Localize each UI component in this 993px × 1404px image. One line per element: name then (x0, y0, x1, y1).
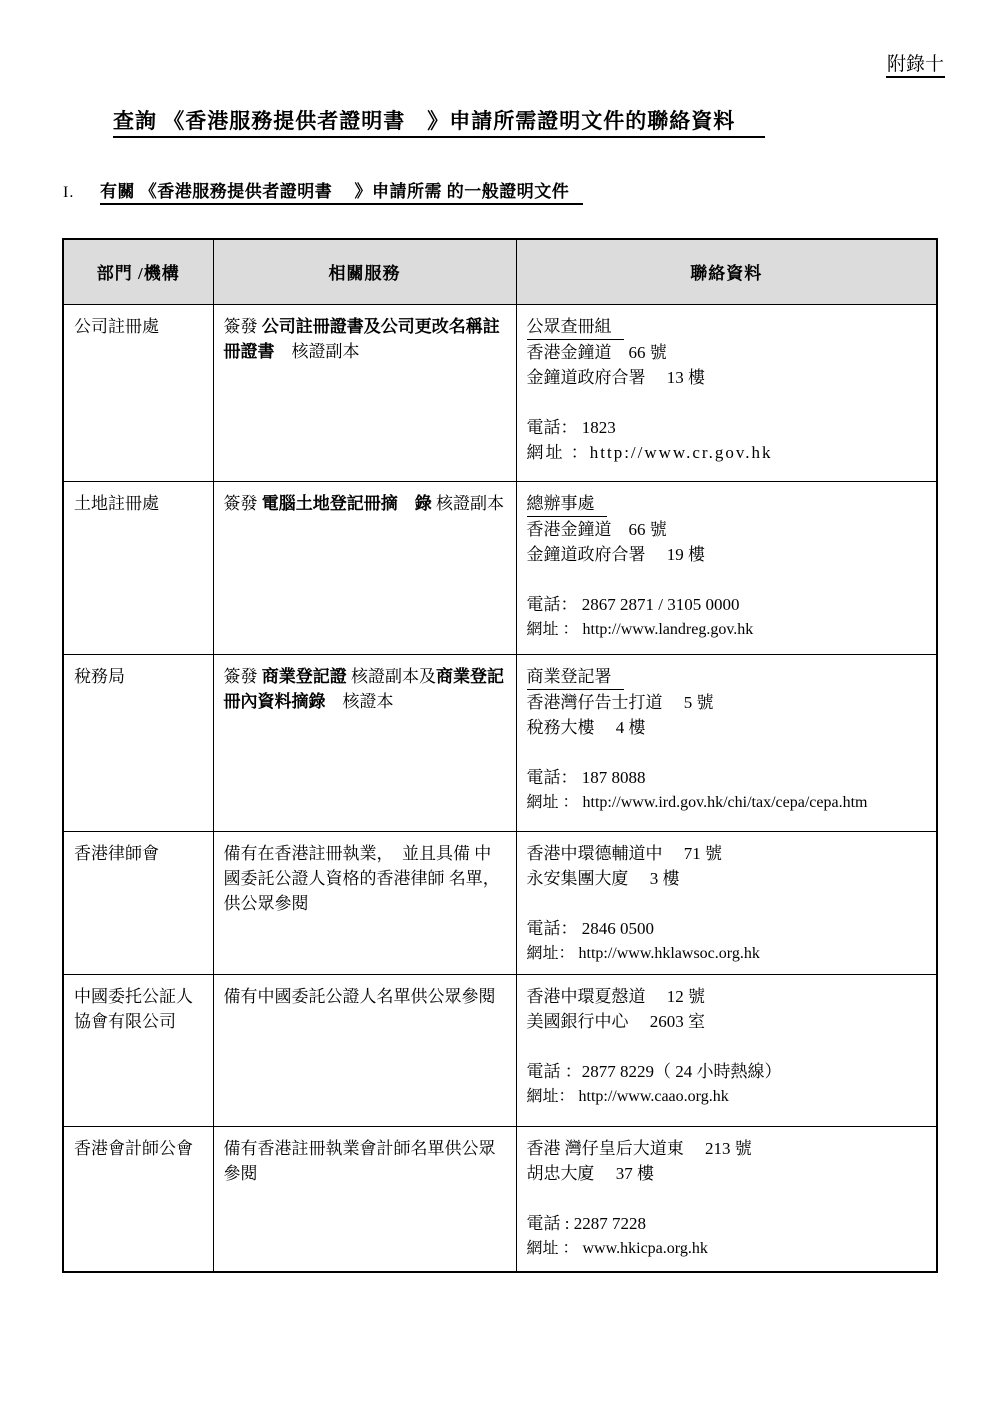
office-name: 公眾查冊組 (527, 314, 624, 340)
address-line-1: 香港中環夏慤道 12 號 (527, 984, 929, 1009)
department-cell: 香港會計師公會 (63, 1126, 213, 1272)
service-cell: 簽發 公司註冊證書及公司更改名稱註冊證書 核證副本 (213, 304, 516, 481)
phone-line: 電話： 2846 0500 (527, 916, 929, 941)
service-segment: 備有香港註冊執業會計師名單供公眾參閱 (224, 1139, 496, 1183)
service-cell: 簽發 商業登記證 核證副本及商業登記冊內資料摘錄 核證本 (213, 654, 516, 831)
address-line-1: 香港灣仔告士打道 5 號 (527, 690, 929, 715)
office-name: 商業登記署 (527, 664, 624, 690)
page-title-row: 查詢 《香港服務提供者證明書 》申請所需證明文件的聯絡資料 (113, 105, 993, 135)
website-line: 網址： http://www.hklawsoc.org.hk (527, 941, 929, 966)
table-row: 香港會計師公會 備有香港註冊執業會計師名單供公眾參閱 香港 灣仔皇后大道東 21… (63, 1126, 937, 1272)
address-line-1: 香港金鐘道 66 號 (527, 340, 929, 365)
website-line: 網址 ： http://www.ird.gov.hk/chi/tax/cepa/… (527, 790, 929, 815)
department-cell: 中國委托公証人協會有限公司 (63, 974, 213, 1126)
address-line-2: 稅務大樓 4 樓 (527, 715, 929, 740)
address-line-2: 永安集團大廈 3 樓 (527, 866, 929, 891)
website-line: 網址 ： www.hkicpa.org.hk (527, 1236, 929, 1261)
website-line: 網址 ： http://www.landreg.gov.hk (527, 617, 929, 642)
table-row: 公司註冊處 簽發 公司註冊證書及公司更改名稱註冊證書 核證副本 公眾查冊組 香港… (63, 304, 937, 481)
contact-cell: 香港 灣仔皇后大道東 213 號 胡忠大廈 37 樓 電話 : 2287 722… (516, 1126, 937, 1272)
service-segment-bold: 商業登記證 (262, 667, 347, 686)
header-cell-service: 相關服務 (213, 239, 516, 304)
section-number: I. (63, 184, 100, 202)
service-cell: 備有中國委託公證人名單供公眾參閱 (213, 974, 516, 1126)
appendix-label: 附錄十 (886, 54, 945, 78)
header-cell-contact: 聯絡資料 (516, 239, 937, 304)
page-title: 查詢 《香港服務提供者證明書 》申請所需證明文件的聯絡資料 (113, 109, 765, 138)
contact-cell: 香港中環夏慤道 12 號 美國銀行中心 2603 室 電話 ：2877 8229… (516, 974, 937, 1126)
address-line-1: 香港 灣仔皇后大道東 213 號 (527, 1136, 929, 1161)
service-cell: 簽發 電腦土地登記冊摘 錄 核證副本 (213, 481, 516, 654)
service-cell: 備有香港註冊執業會計師名單供公眾參閱 (213, 1126, 516, 1272)
contact-table: 部門 /機構 相關服務 聯絡資料 公司註冊處 簽發 公司註冊證書及公司更改名稱註… (62, 238, 938, 1273)
phone-line: 電話： 187 8088 (527, 765, 929, 790)
department-cell: 稅務局 (63, 654, 213, 831)
spacer (527, 740, 929, 765)
service-segment: 簽發 (224, 667, 262, 686)
phone-line: 電話： 1823 (527, 415, 929, 440)
spacer (527, 390, 929, 415)
website-line: 網址： http://www.caao.org.hk (527, 1084, 929, 1109)
service-segment: 簽發 (224, 494, 262, 513)
service-segment-bold: 電腦土地登記冊摘 錄 (262, 494, 432, 513)
table-header-row: 部門 /機構 相關服務 聯絡資料 (63, 239, 937, 304)
spacer (527, 567, 929, 592)
contact-cell: 總辦事處 香港金鐘道 66 號 金鐘道政府合署 19 樓 電話： 2867 28… (516, 481, 937, 654)
section-title: 有關 《香港服務提供者證明書 》申請所需 的一般證明文件 (100, 182, 583, 205)
contact-cell: 公眾查冊組 香港金鐘道 66 號 金鐘道政府合署 13 樓 電話： 1823 網… (516, 304, 937, 481)
department-cell: 香港律師會 (63, 831, 213, 974)
address-line-2: 金鐘道政府合署 19 樓 (527, 542, 929, 567)
service-segment: 簽發 (224, 317, 262, 336)
service-segment: 核證副本 (275, 342, 360, 361)
service-segment: 核證副本 (432, 494, 504, 513)
website-line: 網址 ：http://www.cr.gov.hk (527, 440, 929, 465)
department-cell: 公司註冊處 (63, 304, 213, 481)
table-row: 土地註冊處 簽發 電腦土地登記冊摘 錄 核證副本 總辦事處 香港金鐘道 66 號… (63, 481, 937, 654)
phone-line: 電話： 2867 2871 / 3105 0000 (527, 592, 929, 617)
phone-line: 電話 ：2877 8229（ 24 小時熱線） (527, 1059, 929, 1084)
address-line-1: 香港金鐘道 66 號 (527, 517, 929, 542)
table-row: 香港律師會 備有在香港註冊執業， 並且具備 中國委託公證人資格的香港律師 名單，… (63, 831, 937, 974)
table-row: 中國委托公証人協會有限公司 備有中國委託公證人名單供公眾參閱 香港中環夏慤道 1… (63, 974, 937, 1126)
section-heading: I.有關 《香港服務提供者證明書 》申請所需 的一般證明文件 (63, 177, 993, 202)
address-line-2: 胡忠大廈 37 樓 (527, 1161, 929, 1186)
header-cell-department: 部門 /機構 (63, 239, 213, 304)
document-page: 附錄十 查詢 《香港服務提供者證明書 》申請所需證明文件的聯絡資料 I.有關 《… (0, 0, 993, 1404)
service-segment: 備有中國委託公證人名單供公眾參閱 (224, 987, 496, 1006)
service-segment-bold: 公司註冊證書及公司更改名稱註冊證書 (224, 317, 500, 361)
spacer (527, 1034, 929, 1059)
spacer (527, 891, 929, 916)
phone-line: 電話 : 2287 7228 (527, 1211, 929, 1236)
office-name: 總辦事處 (527, 491, 607, 517)
address-line-1: 香港中環德輔道中 71 號 (527, 841, 929, 866)
service-segment: 核證本 (326, 692, 394, 711)
address-line-2: 金鐘道政府合署 13 樓 (527, 365, 929, 390)
appendix-label-row: 附錄十 (0, 0, 993, 78)
spacer (527, 1186, 929, 1211)
service-segment: 核證副本及 (347, 667, 436, 686)
contact-cell: 香港中環德輔道中 71 號 永安集團大廈 3 樓 電話： 2846 0500 網… (516, 831, 937, 974)
table-row: 稅務局 簽發 商業登記證 核證副本及商業登記冊內資料摘錄 核證本 商業登記署 香… (63, 654, 937, 831)
service-cell: 備有在香港註冊執業， 並且具備 中國委託公證人資格的香港律師 名單， 供公眾參閱 (213, 831, 516, 974)
service-segment: 備有在香港註冊執業， 並且具備 中國委託公證人資格的香港律師 名單， 供公眾參閱 (224, 844, 509, 913)
contact-cell: 商業登記署 香港灣仔告士打道 5 號 稅務大樓 4 樓 電話： 187 8088… (516, 654, 937, 831)
department-cell: 土地註冊處 (63, 481, 213, 654)
address-line-2: 美國銀行中心 2603 室 (527, 1009, 929, 1034)
